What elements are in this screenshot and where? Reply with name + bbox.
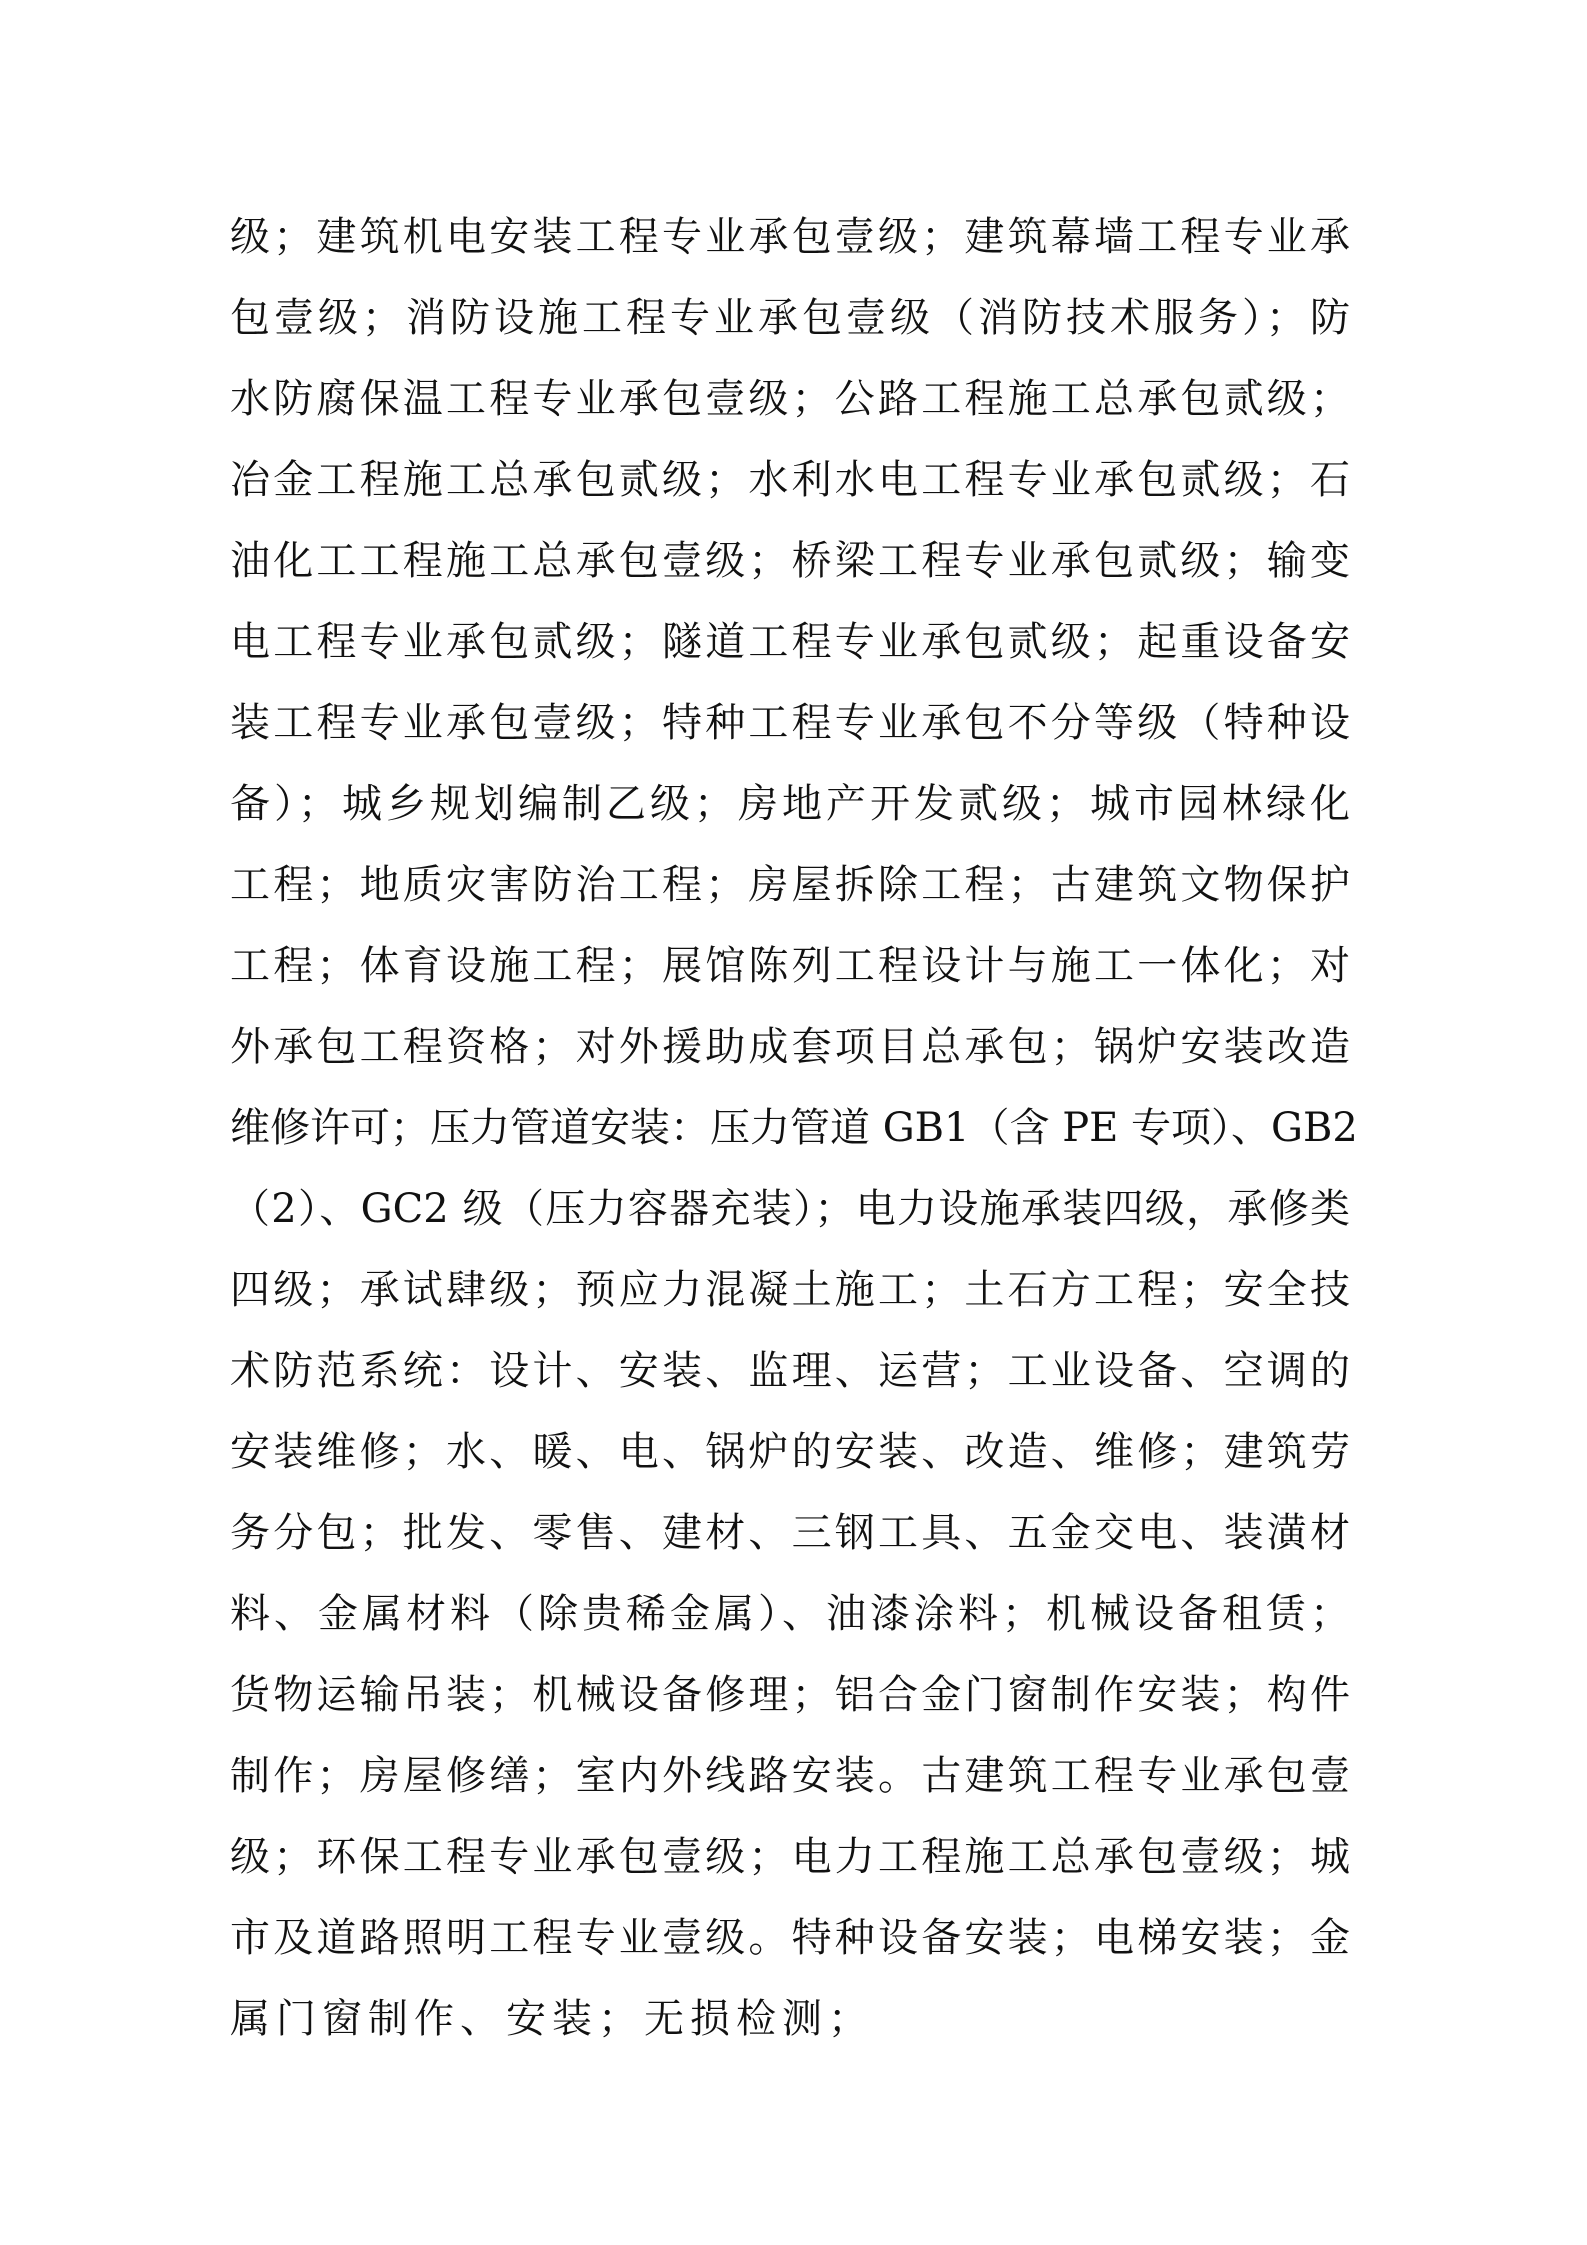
paragraph-line: 备）；城乡规划编制乙级；房地产开发贰级；城市园林绿化 <box>230 772 1350 853</box>
paragraph-line: 制作；房屋修缮；室内外线路安装。古建筑工程专业承包壹 <box>230 1744 1350 1825</box>
paragraph-line: 包壹级；消防设施工程专业承包壹级（消防技术服务）；防 <box>230 286 1350 367</box>
paragraph-line: 油化工工程施工总承包壹级；桥梁工程专业承包贰级；输变 <box>230 529 1350 610</box>
paragraph-line: 水防腐保温工程专业承包壹级；公路工程施工总承包贰级； <box>230 367 1350 448</box>
document-page: 级；建筑机电安装工程专业承包壹级；建筑幕墙工程专业承 包壹级；消防设施工程专业承… <box>0 0 1587 2245</box>
paragraph-line: 维修许可；压力管道安装：压力管道 GB1（含 PE 专项）、GB2 <box>230 1096 1350 1177</box>
paragraph-line: 级；建筑机电安装工程专业承包壹级；建筑幕墙工程专业承 <box>230 205 1350 286</box>
paragraph-line: 安装维修；水、暖、电、锅炉的安装、改造、维修；建筑劳 <box>230 1420 1350 1501</box>
paragraph-line: 术防范系统：设计、安装、监理、运营；工业设备、空调的 <box>230 1339 1350 1420</box>
paragraph-line: 市及道路照明工程专业壹级。特种设备安装；电梯安装；金 <box>230 1906 1350 1987</box>
paragraph-line: 务分包；批发、零售、建材、三钢工具、五金交电、装潢材 <box>230 1501 1350 1582</box>
paragraph-line: 电工程专业承包贰级；隧道工程专业承包贰级；起重设备安 <box>230 610 1350 691</box>
body-paragraph: 级；建筑机电安装工程专业承包壹级；建筑幕墙工程专业承 包壹级；消防设施工程专业承… <box>230 205 1350 2068</box>
paragraph-line: 工程；地质灾害防治工程；房屋拆除工程；古建筑文物保护 <box>230 853 1350 934</box>
paragraph-line-last: 属门窗制作、安装；无损检测； <box>230 1987 1350 2068</box>
paragraph-line: 四级；承试肆级；预应力混凝土施工；土石方工程；安全技 <box>230 1258 1350 1339</box>
paragraph-line: 工程；体育设施工程；展馆陈列工程设计与施工一体化；对 <box>230 934 1350 1015</box>
paragraph-line: 料、金属材料（除贵稀金属）、油漆涂料；机械设备租赁； <box>230 1582 1350 1663</box>
paragraph-line: 外承包工程资格；对外援助成套项目总承包；锅炉安装改造 <box>230 1015 1350 1096</box>
paragraph-line: 冶金工程施工总承包贰级；水利水电工程专业承包贰级；石 <box>230 448 1350 529</box>
paragraph-line: 货物运输吊装；机械设备修理；铝合金门窗制作安装；构件 <box>230 1663 1350 1744</box>
paragraph-line: 级；环保工程专业承包壹级；电力工程施工总承包壹级；城 <box>230 1825 1350 1906</box>
paragraph-line: 装工程专业承包壹级；特种工程专业承包不分等级（特种设 <box>230 691 1350 772</box>
paragraph-line: （2）、GC2 级（压力容器充装）；电力设施承装四级，承修类 <box>230 1177 1350 1258</box>
